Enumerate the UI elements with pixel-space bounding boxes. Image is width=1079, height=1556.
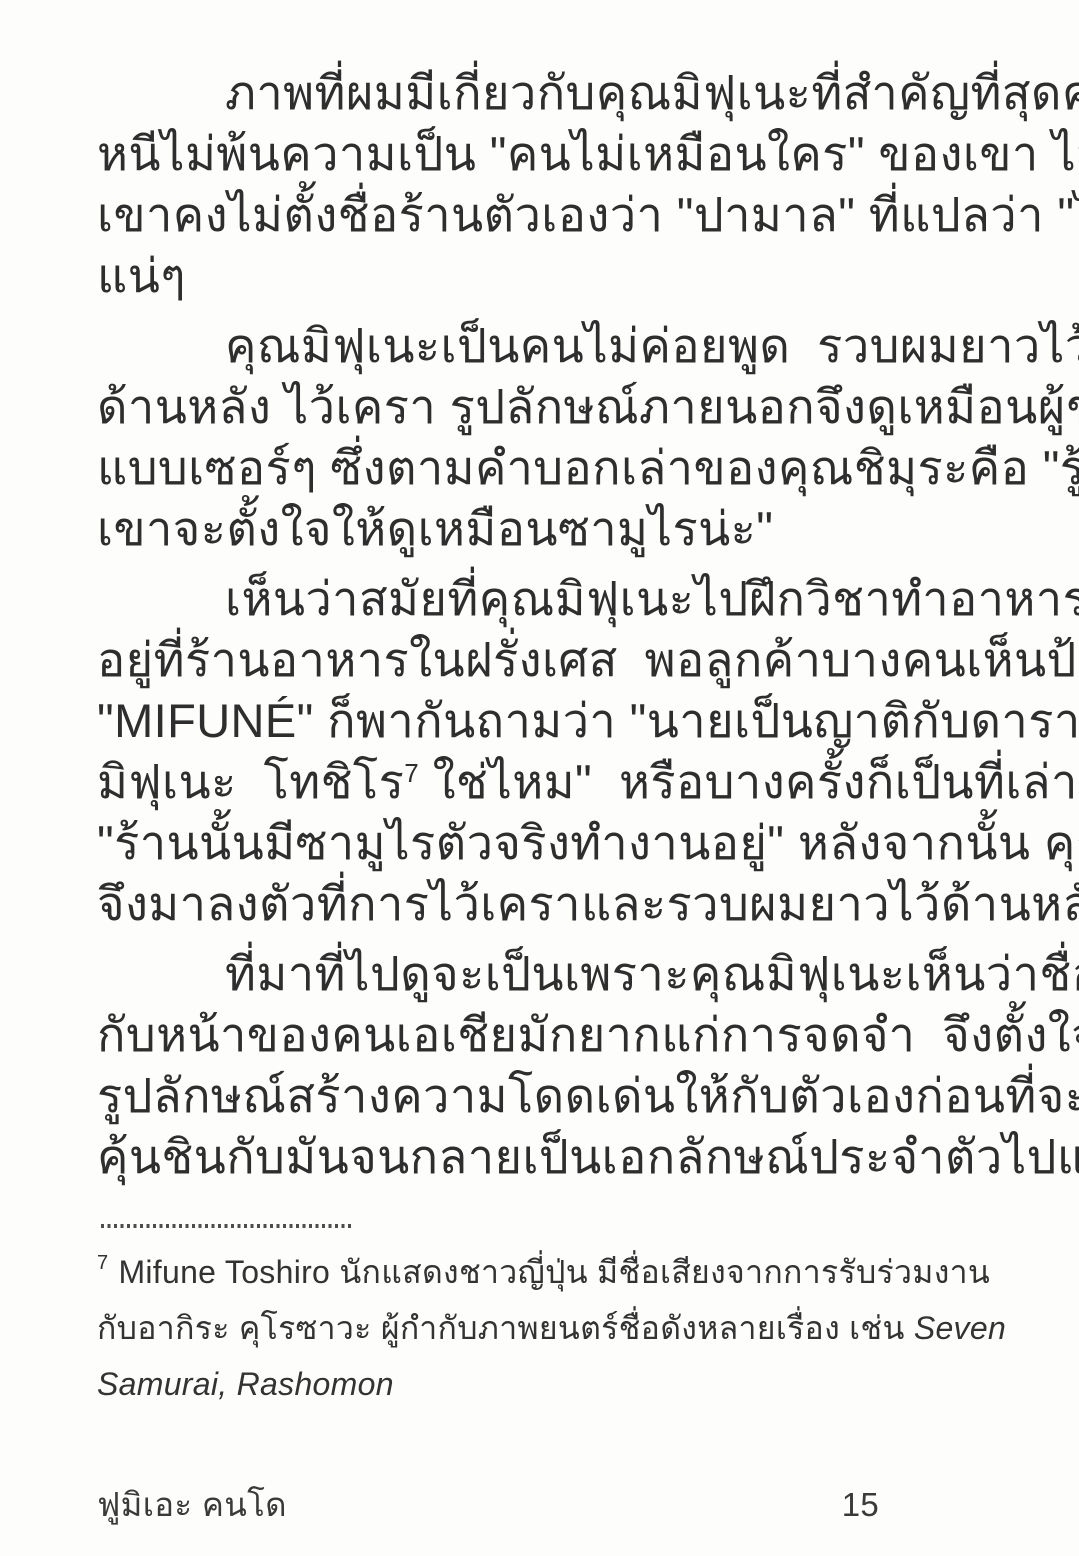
text-line: หนีไม่พ้นความเป็น "คนไม่เหมือนใคร" ของเข… <box>97 123 887 184</box>
text-line: ที่มาที่ไปดูจะเป็นเพราะคุณมิฟุเนะเห็นว่า… <box>97 943 887 1004</box>
footnote-line: Samurai, Rashomon <box>97 1356 897 1412</box>
text-line: เขาคงไม่ตั้งชื่อร้านตัวเองว่า "ปามาล" ที… <box>97 184 887 245</box>
paragraph-1: ภาพที่ผมมีเกี่ยวกับคุณมิฟุเนะที่สำคัญที่… <box>97 62 887 306</box>
footnote-movie-title: Samurai, Rashomon <box>97 1366 394 1402</box>
text-line-with-footnote-ref: มิฟุเนะ โทชิโร7 ใช่ไหม" หรือบางครั้งก็เป… <box>97 751 887 812</box>
paragraph-3: เห็นว่าสมัยที่คุณมิฟุเนะไปฝึกวิชาทำอาหาร… <box>97 568 887 934</box>
book-page: ภาพที่ผมมีเกี่ยวกับคุณมิฟุเนะที่สำคัญที่… <box>0 0 1079 1556</box>
footnote-text: Mifune Toshiro นักแสดงชาวญี่ปุ่น มีชื่อเ… <box>118 1254 990 1290</box>
text-line: เห็นว่าสมัยที่คุณมิฟุเนะไปฝึกวิชาทำอาหาร <box>97 568 887 629</box>
footnote-line: กับอากิระ คุโรซาวะ ผู้กำกับภาพยนตร์ชื่อด… <box>97 1300 897 1356</box>
text-line: คุ้นชินกับมันจนกลายเป็นเอกลักษณ์ประจำตัว… <box>97 1126 887 1187</box>
text-line: จึงมาลงตัวที่การไว้เคราและรวบผมยาวไว้ด้า… <box>97 873 887 934</box>
page-number: 15 <box>842 1486 879 1524</box>
text-line: "ร้านนั้นมีซามูไรตัวจริงทำงานอยู่" หลังจ… <box>97 812 887 873</box>
text-line: อยู่ที่ร้านอาหารในฝรั่งเศส พอลูกค้าบางคน… <box>97 629 887 690</box>
text-line: แน่ๆ <box>97 245 887 306</box>
text-segment: มิฟุเนะ โทชิโร <box>97 755 404 808</box>
text-line: "MIFUNÉ" ก็พากันถามว่า "นายเป็นญาติกับดา… <box>97 690 887 751</box>
running-title: ฟูมิเอะ คนโด <box>97 1478 287 1531</box>
footnote-line: 7Mifune Toshiro นักแสดงชาวญี่ปุ่น มีชื่อ… <box>97 1244 897 1300</box>
footnote-reference-7: 7 <box>404 758 419 788</box>
text-line: แบบเซอร์ๆ ซึ่งตามคำบอกเล่าของคุณชิมุระคื… <box>97 437 887 498</box>
footnote-marker-7: 7 <box>97 1252 118 1274</box>
text-line: คุณมิฟุเนะเป็นคนไม่ค่อยพูด รวบผมยาวไว้ <box>97 315 887 376</box>
text-line: กับหน้าของคนเอเชียมักยากแก่การจดจำ จึงตั… <box>97 1004 887 1065</box>
text-segment: ใช่ไหม" หรือบางครั้งก็เป็นที่เล่าลือว่า <box>419 755 1079 808</box>
footnote-text: กับอากิระ คุโรซาวะ ผู้กำกับภาพยนตร์ชื่อด… <box>97 1310 914 1346</box>
footnote-movie-title: Seven <box>914 1310 1006 1346</box>
text-line: ด้านหลัง ไว้เครา รูปลักษณ์ภายนอกจึงดูเหม… <box>97 376 887 437</box>
page-footer: ฟูมิเอะ คนโด 15 <box>97 1478 879 1531</box>
footnote-divider <box>101 1224 353 1228</box>
text-line: เขาจะตั้งใจให้ดูเหมือนซามูไรน่ะ" <box>97 498 887 559</box>
text-line: รูปลักษณ์สร้างความโดดเด่นให้กับตัวเองก่อ… <box>97 1065 887 1126</box>
text-line: ภาพที่ผมมีเกี่ยวกับคุณมิฟุเนะที่สำคัญที่… <box>97 62 887 123</box>
page-body: ภาพที่ผมมีเกี่ยวกับคุณมิฟุเนะที่สำคัญที่… <box>97 62 887 1196</box>
footnote: 7Mifune Toshiro นักแสดงชาวญี่ปุ่น มีชื่อ… <box>97 1224 897 1412</box>
paragraph-2: คุณมิฟุเนะเป็นคนไม่ค่อยพูด รวบผมยาวไว้ ด… <box>97 315 887 559</box>
paragraph-4: ที่มาที่ไปดูจะเป็นเพราะคุณมิฟุเนะเห็นว่า… <box>97 943 887 1187</box>
